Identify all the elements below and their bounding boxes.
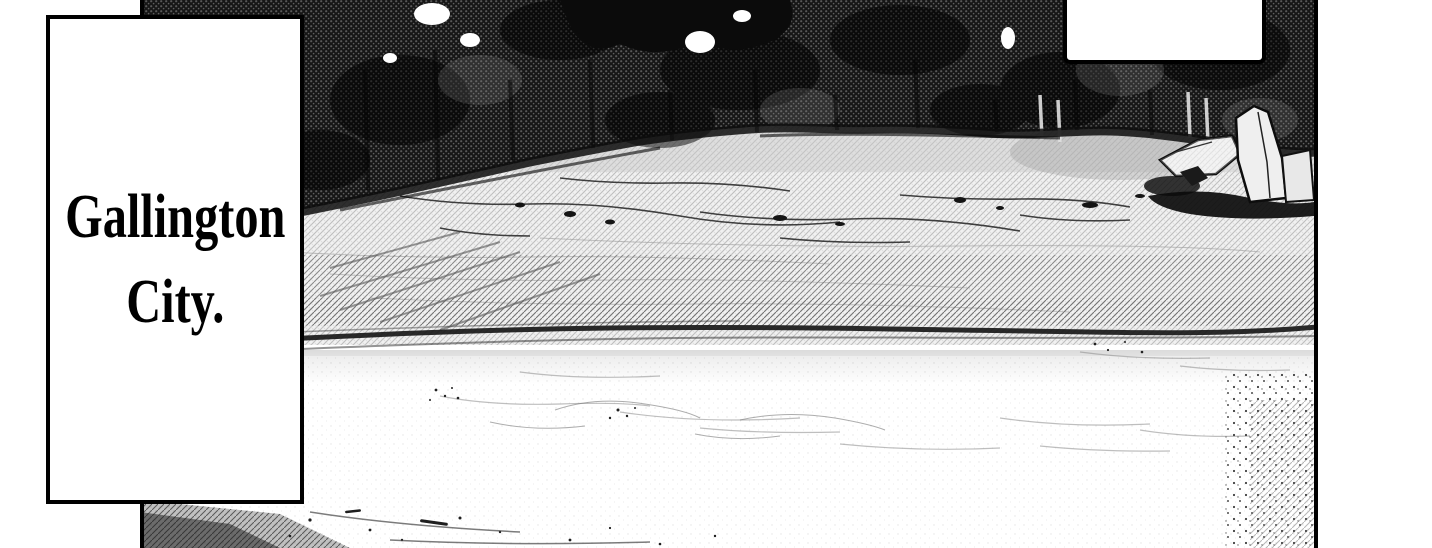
speech-bubble <box>1063 0 1266 64</box>
panel-artwork <box>140 0 1318 548</box>
canopy-silhouette <box>560 0 793 52</box>
forest-clearing-panel <box>140 0 1318 548</box>
manga-page: Gallington City. <box>0 0 1432 548</box>
caption-line-2: City. <box>65 260 285 345</box>
panel-border-right <box>1314 0 1318 548</box>
leaning-slab <box>1282 150 1314 202</box>
caption-line-1: Gallington <box>65 175 285 260</box>
location-caption-box: Gallington City. <box>46 15 304 504</box>
foreground-ground <box>140 341 1318 548</box>
caption-text: Gallington City. <box>65 175 285 345</box>
